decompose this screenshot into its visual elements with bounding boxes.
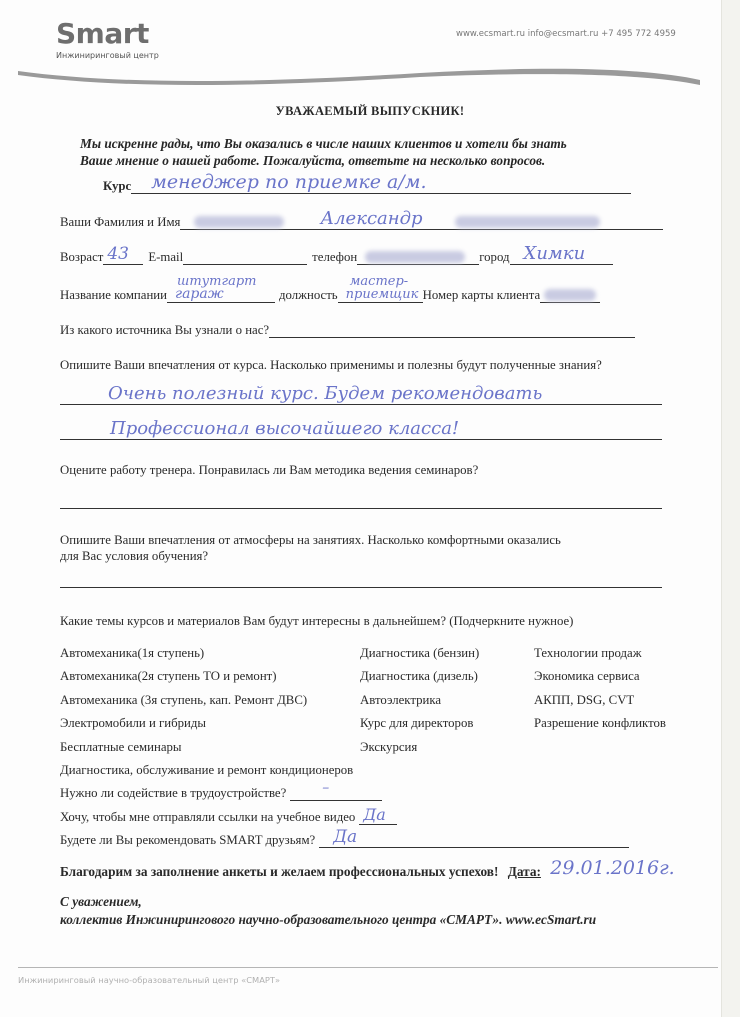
name-field[interactable]: Александр (180, 214, 663, 230)
position-label: должность (279, 288, 338, 303)
phone-field[interactable] (357, 249, 479, 265)
source-row: Из какого источника Вы узнали о нас? (60, 322, 635, 338)
course-row: Курс менеджер по приемке а/м. (103, 178, 631, 194)
topic-item[interactable]: Бесплатные семинары (60, 740, 182, 755)
header-swoosh-decoration (0, 55, 740, 90)
position-value: приемщик (346, 287, 419, 302)
topic-item[interactable]: Автоэлектрика (360, 693, 441, 708)
topic-item[interactable]: Экономика сервиса (534, 669, 640, 684)
topic-item[interactable]: Диагностика, обслуживание и ремонт конди… (60, 763, 353, 778)
city-value: Химки (524, 243, 586, 264)
contact-row: Возраст 43 E-mail телефон город Химки (60, 249, 613, 265)
redacted-patronymic (455, 216, 600, 228)
intro-text: Мы искренне рады, что Вы оказались в чис… (80, 135, 567, 169)
video-links-label: Хочу, чтобы мне отправляли ссылки на уче… (60, 810, 355, 825)
course-field[interactable]: менеджер по приемке а/м. (131, 178, 631, 194)
course-label: Курс (103, 179, 131, 194)
atmosphere-question-line-2: для Вас условия обучения? (60, 548, 561, 564)
course-impressions-answer-line-1[interactable]: Очень полезный курс. Будем рекомендовать (60, 389, 662, 405)
date-value[interactable]: 29.01.2016г. (550, 857, 674, 879)
source-label: Из какого источника Вы узнали о нас? (60, 323, 269, 338)
topic-item[interactable]: Диагностика (бензин) (360, 646, 479, 661)
name-value: Александр (320, 208, 422, 229)
thanks-text: Благодарим за заполнение анкеты и желаем… (60, 864, 498, 879)
topic-item[interactable]: Экскурсия (360, 740, 417, 755)
company-field[interactable]: штутгарт гараж (167, 287, 275, 303)
topic-item[interactable]: АКПП, DSG, CVT (534, 693, 634, 708)
source-field[interactable] (269, 322, 635, 338)
regards-block: С уважением, коллектив Инжинирингового н… (60, 893, 596, 929)
company-row: Название компании штутгарт гараж должнос… (60, 287, 600, 303)
topic-item[interactable]: Автомеханика(2я ступень ТО и ремонт) (60, 669, 277, 684)
course-impressions-answer-2: Профессионал высочайшего класса! (110, 418, 459, 439)
scan-edge (721, 0, 740, 1017)
redacted-card-number (544, 289, 596, 301)
recommend-label: Будете ли Вы рекомендовать SMART друзьям… (60, 833, 315, 848)
trainer-question: Оцените работу тренера. Понравилась ли В… (60, 462, 478, 478)
video-links-field[interactable]: Да (359, 809, 397, 825)
logo-wordmark: Smart (56, 20, 159, 48)
company-value: гараж (175, 286, 224, 302)
email-label: E-mail (148, 250, 183, 265)
company-label: Название компании (60, 288, 167, 303)
employment-value: – (322, 780, 329, 796)
email-field[interactable] (183, 249, 307, 265)
card-number-label: Номер карты клиента (423, 288, 541, 303)
phone-label: телефон (312, 250, 357, 265)
position-field[interactable]: мастер- приемщик (338, 287, 423, 303)
smart-logo: Smart Инжиниринговый центр (56, 20, 159, 60)
course-value: менеджер по приемке а/м. (151, 171, 426, 193)
recommend-row: Будете ли Вы рекомендовать SMART друзьям… (60, 832, 629, 848)
age-label: Возраст (60, 250, 103, 265)
topic-item[interactable]: Курс для директоров (360, 716, 473, 731)
course-impressions-question: Опишите Ваши впечатления от курса. Наско… (60, 357, 602, 373)
name-row: Ваши Фамилия и Имя Александр (60, 214, 663, 230)
course-impressions-answer-line-2[interactable]: Профессионал высочайшего класса! (60, 424, 662, 440)
redacted-surname (194, 216, 284, 228)
city-field[interactable]: Химки (510, 249, 613, 265)
regards-line-1: С уважением, (60, 893, 596, 911)
intro-line-2: Ваше мнение о нашей работе. Пожалуйста, … (80, 152, 567, 169)
recommend-field[interactable]: Да (319, 832, 629, 848)
atmosphere-question-line-1: Опишите Ваши впечатления от атмосферы на… (60, 532, 561, 548)
topics-question: Какие темы курсов и материалов Вам будут… (60, 613, 573, 629)
footer-text: Инжиниринговый научно-образовательный це… (18, 975, 280, 985)
video-links-value: Да (363, 805, 386, 824)
form-title: УВАЖАЕМЫЙ ВЫПУСКНИК! (0, 104, 740, 119)
regards-line-2: коллектив Инжинирингового научно-образов… (60, 911, 596, 929)
footer-divider (18, 967, 718, 968)
trainer-answer-line[interactable] (60, 496, 662, 509)
topic-item[interactable]: Электромобили и гибриды (60, 716, 206, 731)
age-field[interactable]: 43 (103, 249, 143, 265)
intro-line-1: Мы искренне рады, что Вы оказались в чис… (80, 135, 567, 152)
topic-item[interactable]: Разрешение конфликтов (534, 716, 666, 731)
card-number-field[interactable] (540, 287, 600, 303)
video-links-row: Хочу, чтобы мне отправляли ссылки на уче… (60, 809, 397, 825)
atmosphere-question: Опишите Ваши впечатления от атмосферы на… (60, 532, 561, 564)
employment-field[interactable]: – (290, 785, 382, 801)
employment-label: Нужно ли содействие в трудоустройстве? (60, 786, 286, 801)
thanks-row: Благодарим за заполнение анкеты и желаем… (60, 859, 675, 881)
city-label: город (479, 250, 509, 265)
topic-item[interactable]: Технологии продаж (534, 646, 642, 661)
name-label: Ваши Фамилия и Имя (60, 215, 180, 230)
redacted-phone (365, 251, 465, 263)
date-label: Дата: (508, 864, 541, 879)
course-impressions-answer-1: Очень полезный курс. Будем рекомендовать (108, 383, 542, 404)
topic-item[interactable]: Автомеханика(1я ступень) (60, 646, 204, 661)
header-contacts: www.ecsmart.ru info@ecsmart.ru +7 495 77… (456, 29, 676, 39)
topic-item[interactable]: Диагностика (дизель) (360, 669, 478, 684)
recommend-value: Да (333, 827, 357, 847)
topic-item[interactable]: Автомеханика (3я ступень, кап. Ремонт ДВ… (60, 693, 307, 708)
age-value: 43 (107, 244, 129, 264)
atmosphere-answer-line[interactable] (60, 575, 662, 588)
employment-row: Нужно ли содействие в трудоустройстве? – (60, 785, 382, 801)
